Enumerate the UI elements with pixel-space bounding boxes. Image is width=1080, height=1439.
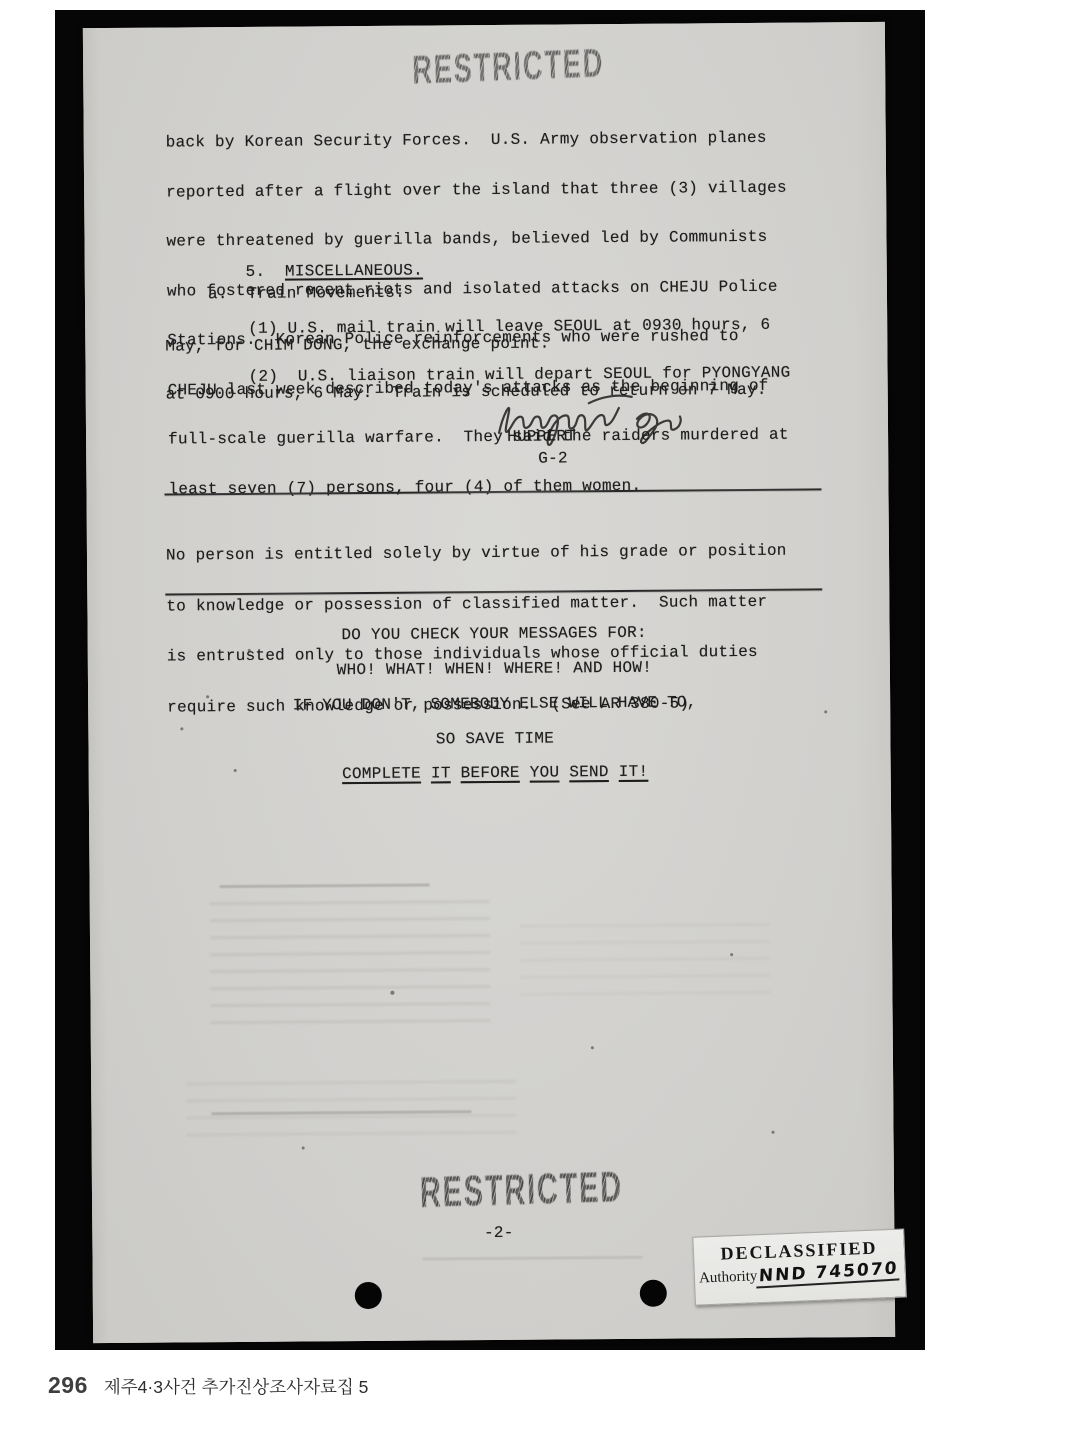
slogan-word: IT — [431, 764, 451, 782]
slogan-word: YOU — [530, 763, 560, 781]
slogan-word: COMPLETE — [342, 765, 421, 784]
paragraph-line: back by Korean Security Forces. U.S. Arm… — [166, 130, 787, 151]
punch-hole-left — [355, 1282, 382, 1309]
speck — [180, 727, 183, 730]
ghost-bleedthrough — [520, 923, 771, 1005]
slogan-word: BEFORE — [461, 764, 520, 782]
intro-paragraph: back by Korean Security Forces. U.S. Arm… — [165, 97, 789, 531]
speck — [234, 769, 237, 772]
speck — [206, 695, 209, 698]
restricted-stamp-top: RESTRICTED — [412, 40, 605, 94]
authority-number-handwritten: NND 745070 — [757, 1258, 902, 1288]
book-title: 제주4·3사건 추가진상조사자료집 5 — [104, 1374, 369, 1399]
speck — [390, 991, 394, 995]
paragraph-line: full-scale guerilla warfare. They said t… — [168, 427, 789, 448]
slogan-word: IT! — [619, 763, 649, 781]
restricted-stamp-bottom: RESTRICTED — [419, 1163, 623, 1217]
book-footer-caption: 296 제주4·3사건 추가진상조사자료집 5 — [48, 1372, 368, 1399]
item-a-heading: a. Train Movements: — [208, 285, 405, 303]
section-title: MISCELLANEOUS. — [285, 261, 423, 280]
book-page-number: 296 — [48, 1372, 88, 1399]
speck — [591, 1046, 594, 1049]
authority-label: Authority — [699, 1268, 758, 1286]
book-page: RESTRICTED back by Korean Security Force… — [0, 0, 1080, 1439]
speck — [772, 1131, 775, 1134]
speck — [730, 953, 733, 956]
ghost-bleedthrough — [210, 900, 491, 1027]
paragraph-line: reported after a flight over the island … — [166, 179, 787, 200]
notice-line: to knowledge or possession of classified… — [166, 593, 787, 615]
signature-unit: G-2 — [538, 450, 568, 467]
section-number: 5. — [246, 262, 266, 280]
punch-hole-right — [640, 1280, 667, 1307]
smudge-mark — [220, 883, 430, 888]
smudge-mark — [423, 1256, 643, 1261]
signature-typed-name: HUPPERT — [507, 428, 576, 445]
speck — [824, 710, 827, 713]
item-a1-line2: May, for CHIM DONG, the exchange point. — [165, 336, 549, 356]
speck — [248, 649, 251, 652]
scan-black-border: RESTRICTED back by Korean Security Force… — [55, 10, 925, 1350]
speck — [302, 1146, 305, 1149]
scanned-document-paper: RESTRICTED back by Korean Security Force… — [83, 22, 895, 1343]
slogan-word: SEND — [569, 763, 609, 781]
declassified-sticker: DECLASSIFIED AuthorityNND 745070 — [692, 1228, 907, 1305]
notice-line: No person is entitled solely by virtue o… — [166, 542, 787, 564]
slogan-complete-line: COMPLETEITBEFOREYOUSENDIT! — [167, 762, 824, 784]
